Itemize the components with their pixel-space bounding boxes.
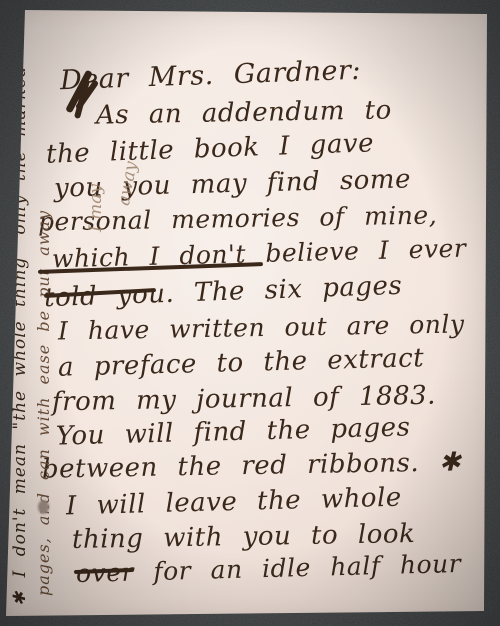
letter-line: thing with you to look: [72, 521, 416, 553]
letter-page: Dear Mrs. Gardner: As an addendum to the…: [0, 0, 500, 626]
salutation-line: Dear Mrs. Gardner:: [60, 57, 362, 94]
letter-line: from my journal of 1883.: [52, 383, 436, 416]
letter-line: a preface to the extract: [58, 345, 425, 381]
letter-line: you you may find some: [54, 166, 412, 201]
letter-line: I will leave the whole: [66, 485, 402, 520]
letter-line: You will find the pages: [56, 414, 411, 449]
margin-note-faded-word: I may: [88, 184, 105, 232]
letter-line: the little book I gave: [46, 130, 375, 167]
letter-line: I have written out are only: [58, 311, 465, 343]
letter-line: between the red ribbons. ✱: [42, 449, 462, 482]
letter-line: As an addendum to: [96, 97, 392, 128]
scan-backdrop: Dear Mrs. Gardner: As an addendum to the…: [0, 0, 500, 626]
margin-note-inner: pages, and can with ease be put away: [36, 176, 52, 596]
letter-line: which I don't believe I ever: [52, 236, 467, 272]
ink-smudge: [38, 500, 49, 514]
